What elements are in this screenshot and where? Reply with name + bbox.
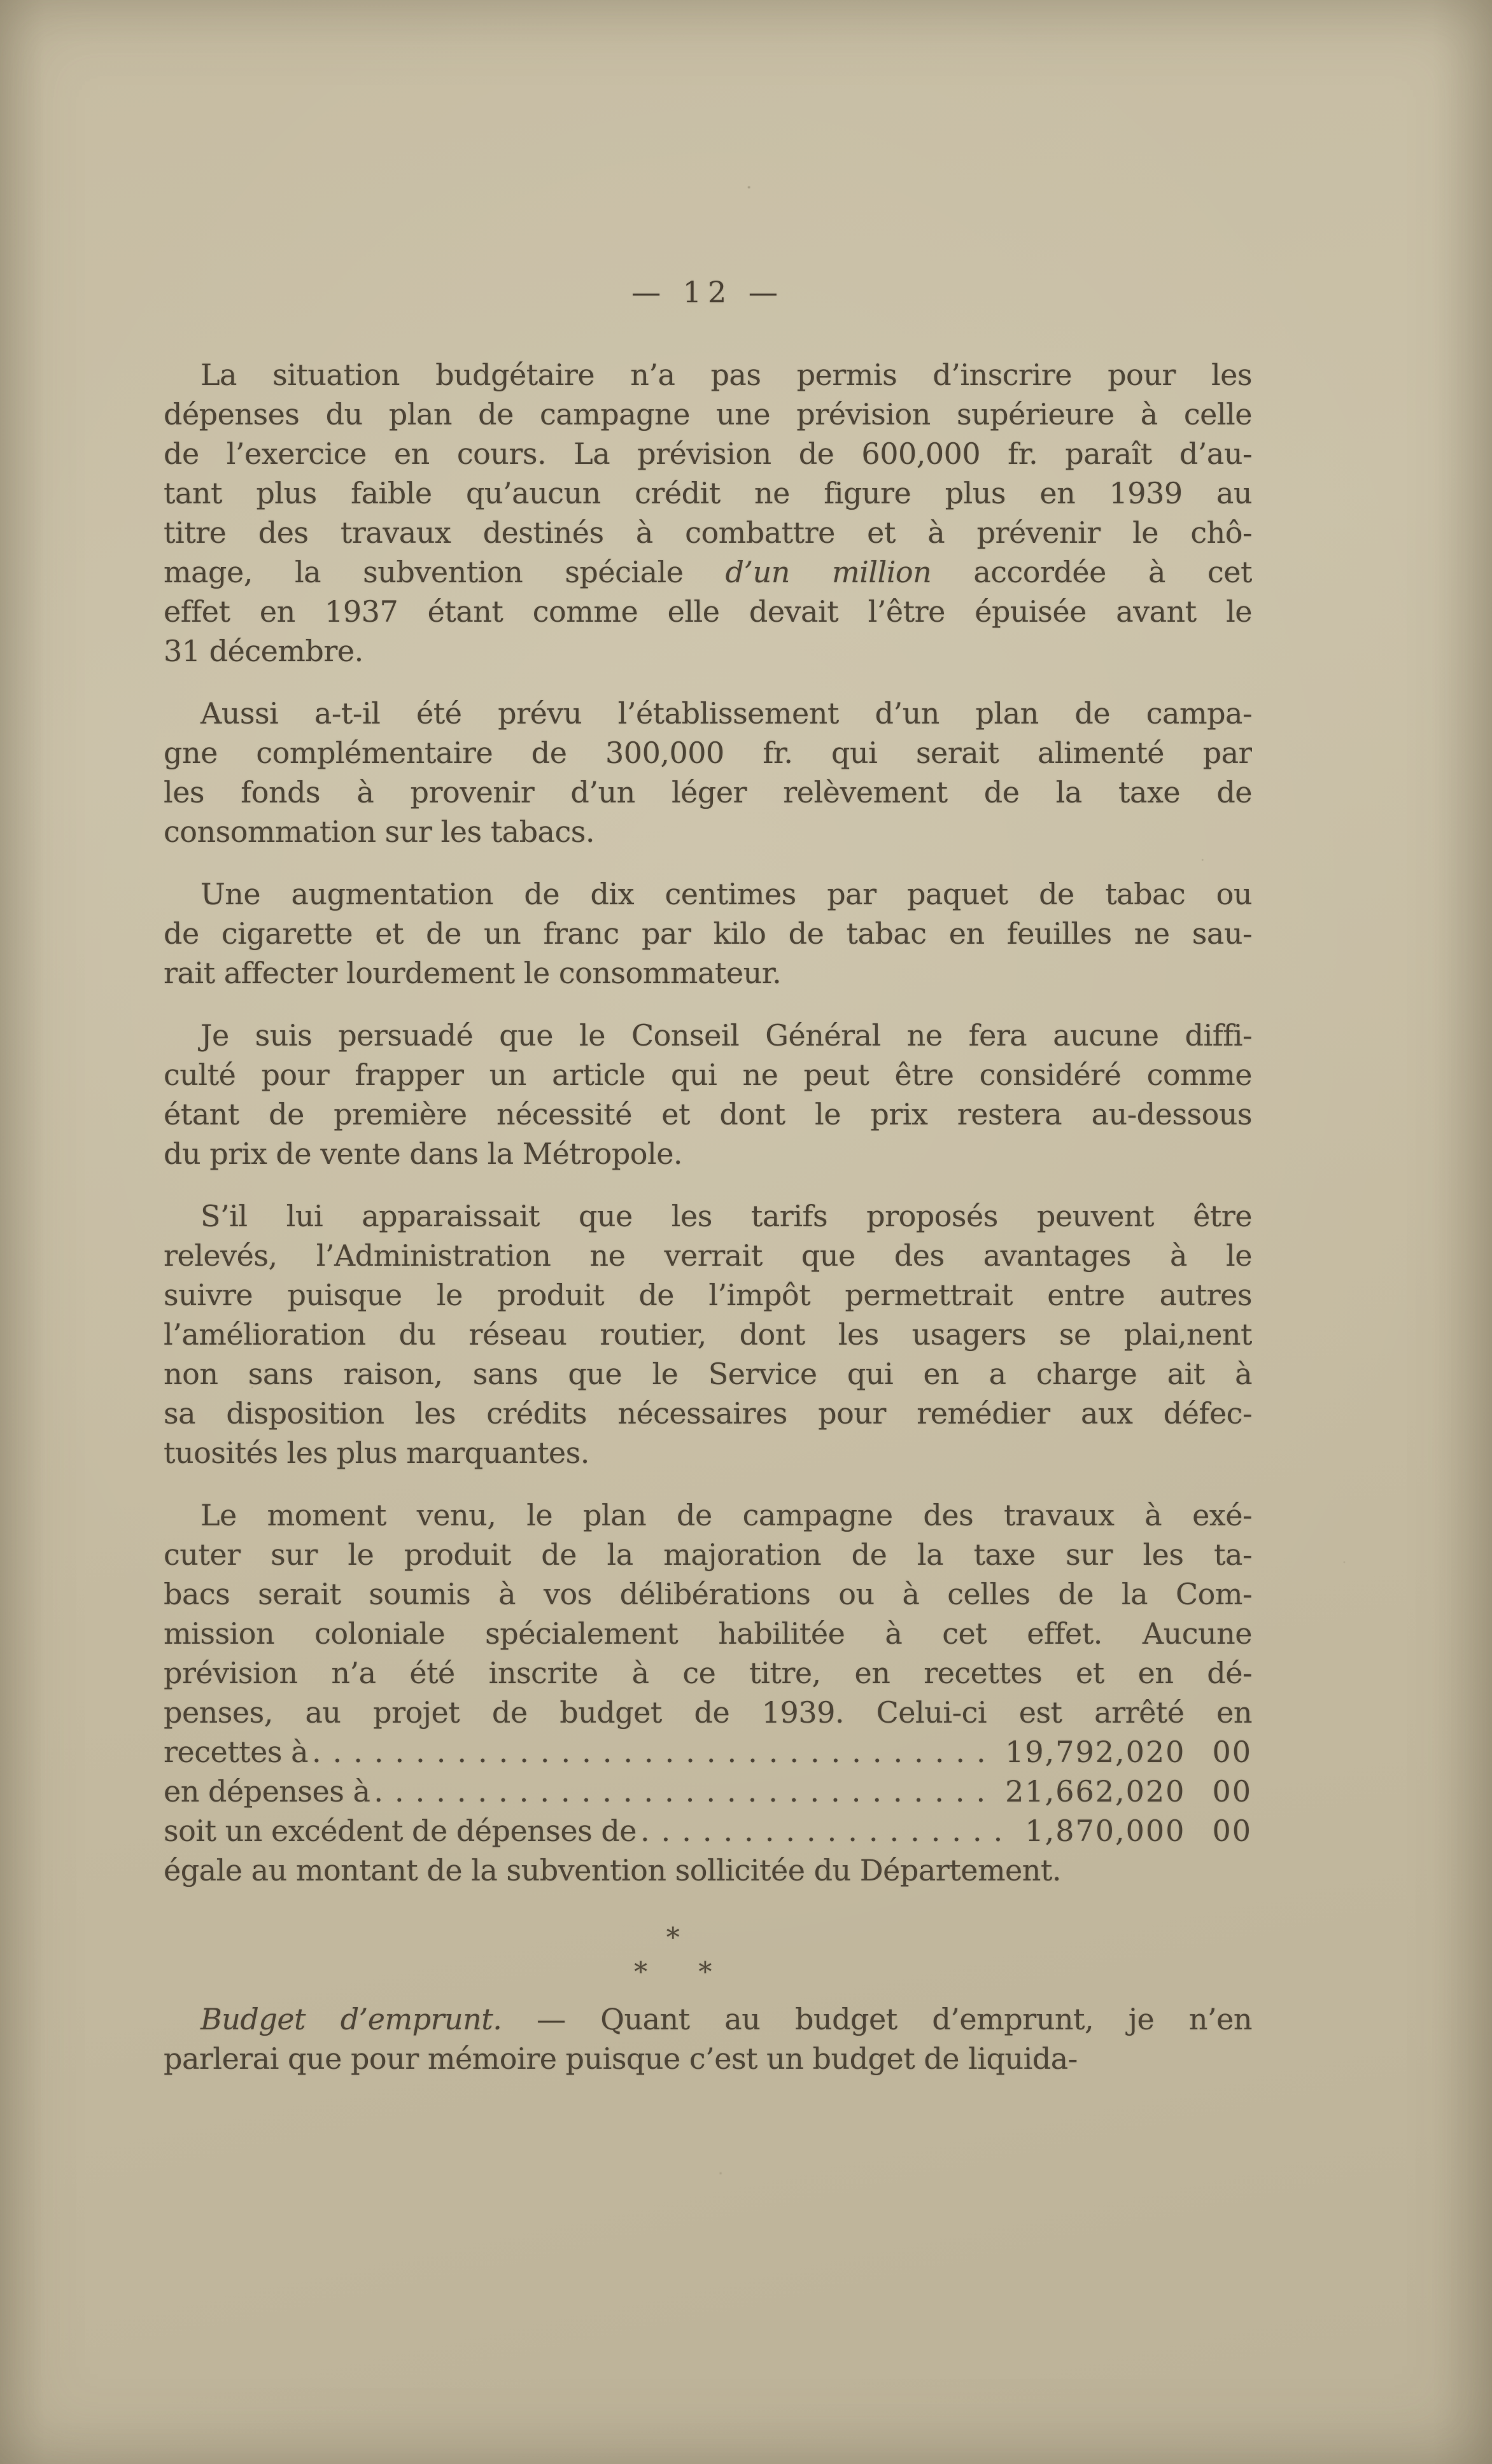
italic-segment: Budget d’emprunt. (201, 2002, 502, 2036)
text-line: étant de première nécessité et dont le p… (164, 1095, 1252, 1134)
text-line: culté pour frapper un article qui ne peu… (164, 1055, 1252, 1095)
text-line: tuosités les plus marquantes. (164, 1433, 1252, 1473)
paragraph-conseil-general: Je suis persuadé que le Conseil Général … (164, 1016, 1252, 1173)
text-line: consommation sur les tabacs. (164, 812, 1252, 851)
ledger-line-excedent: soit un excédent de dépenses de ........… (164, 1811, 1252, 1851)
text-line: de l’exercice en cours. La prévision de … (164, 434, 1252, 473)
text-line: Je suis persuadé que le Conseil Général … (164, 1016, 1252, 1055)
text-line: titre des travaux destinés à combattre e… (164, 513, 1252, 552)
text-line: parlerai que pour mémoire puisque c’est … (164, 2039, 1252, 2078)
dot-leader: ........................................… (312, 1732, 989, 1772)
ledger-line-depenses: en dépenses à ..........................… (164, 1772, 1252, 1811)
dot-leader: ........................................… (374, 1772, 989, 1811)
text-line: 31 décembre. (164, 631, 1252, 671)
text-line: prévision n’a été inscrite à ce titre, e… (164, 1653, 1252, 1693)
text-line: La situation budgétaire n’a pas permis d… (164, 355, 1252, 395)
text-line: de cigarette et de un franc par kilo de … (164, 914, 1252, 953)
text-line: Budget d’emprunt. — Quant au budget d’em… (164, 1999, 1252, 2039)
ledger-line-recettes: recettes à .............................… (164, 1732, 1252, 1772)
ledger-cents: 00 (1212, 1732, 1252, 1772)
page-number: — 12 — (164, 272, 1252, 312)
text-segment: accordée à cet (931, 555, 1252, 589)
asterism-star-top: * (129, 1919, 1217, 1954)
paragraph-budget-emprunt: Budget d’emprunt. — Quant au budget d’em… (164, 1999, 1252, 2078)
paragraph-budget-situation: La situation budgétaire n’a pas permis d… (164, 355, 1252, 671)
ledger-amount: 1,870,000 (1025, 1811, 1185, 1851)
text-segment: — Quant au budget d’emprunt, je n’en (502, 2002, 1252, 2036)
text-line: Le moment venu, le plan de campagne des … (164, 1495, 1252, 1535)
text-line: bacs serait soumis à vos délibérations o… (164, 1574, 1252, 1614)
text-line: cuter sur le produit de la majoration de… (164, 1535, 1252, 1574)
ledger-label: soit un excédent de dépenses de (164, 1811, 637, 1851)
scanned-document-page: — 12 — La situation budgétaire n’a pas p… (0, 0, 1492, 2464)
text-line: dépenses du plan de campagne une prévisi… (164, 395, 1252, 434)
text-line: gne complémentaire de 300,000 fr. qui se… (164, 733, 1252, 773)
paragraph-plan-campagne-budget: Le moment venu, le plan de campagne des … (164, 1495, 1252, 1890)
ledger-amount: 19,792,020 (1005, 1732, 1185, 1772)
text-segment: mage, la subvention spéciale (164, 555, 726, 589)
ledger-cents: 00 (1212, 1811, 1252, 1851)
text-line: penses, au projet de budget de 1939. Cel… (164, 1693, 1252, 1732)
text-line: non sans raison, sans que le Service qui… (164, 1354, 1252, 1394)
asterism-separator: * * * (129, 1919, 1217, 1988)
ledger-cents: 00 (1212, 1772, 1252, 1811)
paragraph-tarifs-administration: S’il lui apparaissait que les tarifs pro… (164, 1196, 1252, 1473)
text-line: égale au montant de la subvention sollic… (164, 1851, 1252, 1890)
paragraph-augmentation-tabac: Une augmentation de dix centimes par paq… (164, 874, 1252, 993)
text-line: les fonds à provenir d’un léger relèveme… (164, 773, 1252, 812)
text-column: La situation budgétaire n’a pas permis d… (164, 355, 1252, 2078)
italic-segment: d’un million (726, 555, 932, 589)
text-line: S’il lui apparaissait que les tarifs pro… (164, 1196, 1252, 1236)
text-line: Aussi a-t-il été prévu l’établissement d… (164, 694, 1252, 733)
text-line: rait affecter lourdement le consommateur… (164, 953, 1252, 993)
text-line: suivre puisque le produit de l’impôt per… (164, 1275, 1252, 1315)
ledger-label: recettes à (164, 1732, 308, 1772)
text-line: mage, la subvention spéciale d’un millio… (164, 552, 1252, 592)
text-line: Une augmentation de dix centimes par paq… (164, 874, 1252, 914)
paragraph-plan-complementaire: Aussi a-t-il été prévu l’établissement d… (164, 694, 1252, 851)
text-line: tant plus faible qu’aucun crédit ne figu… (164, 473, 1252, 513)
dot-leader: ........................................… (640, 1811, 1008, 1851)
text-line: relevés, l’Administration ne verrait que… (164, 1236, 1252, 1275)
text-line: sa disposition les crédits nécessaires p… (164, 1394, 1252, 1433)
text-line: du prix de vente dans la Métropole. (164, 1134, 1252, 1173)
text-line: l’amélioration du réseau routier, dont l… (164, 1315, 1252, 1354)
asterism-stars-bottom: * * (129, 1954, 1217, 1988)
text-line: effet en 1937 étant comme elle devait l’… (164, 592, 1252, 631)
ledger-amount: 21,662,020 (1005, 1772, 1185, 1811)
ledger-label: en dépenses à (164, 1772, 370, 1811)
text-line: mission coloniale spécialement habilitée… (164, 1614, 1252, 1653)
